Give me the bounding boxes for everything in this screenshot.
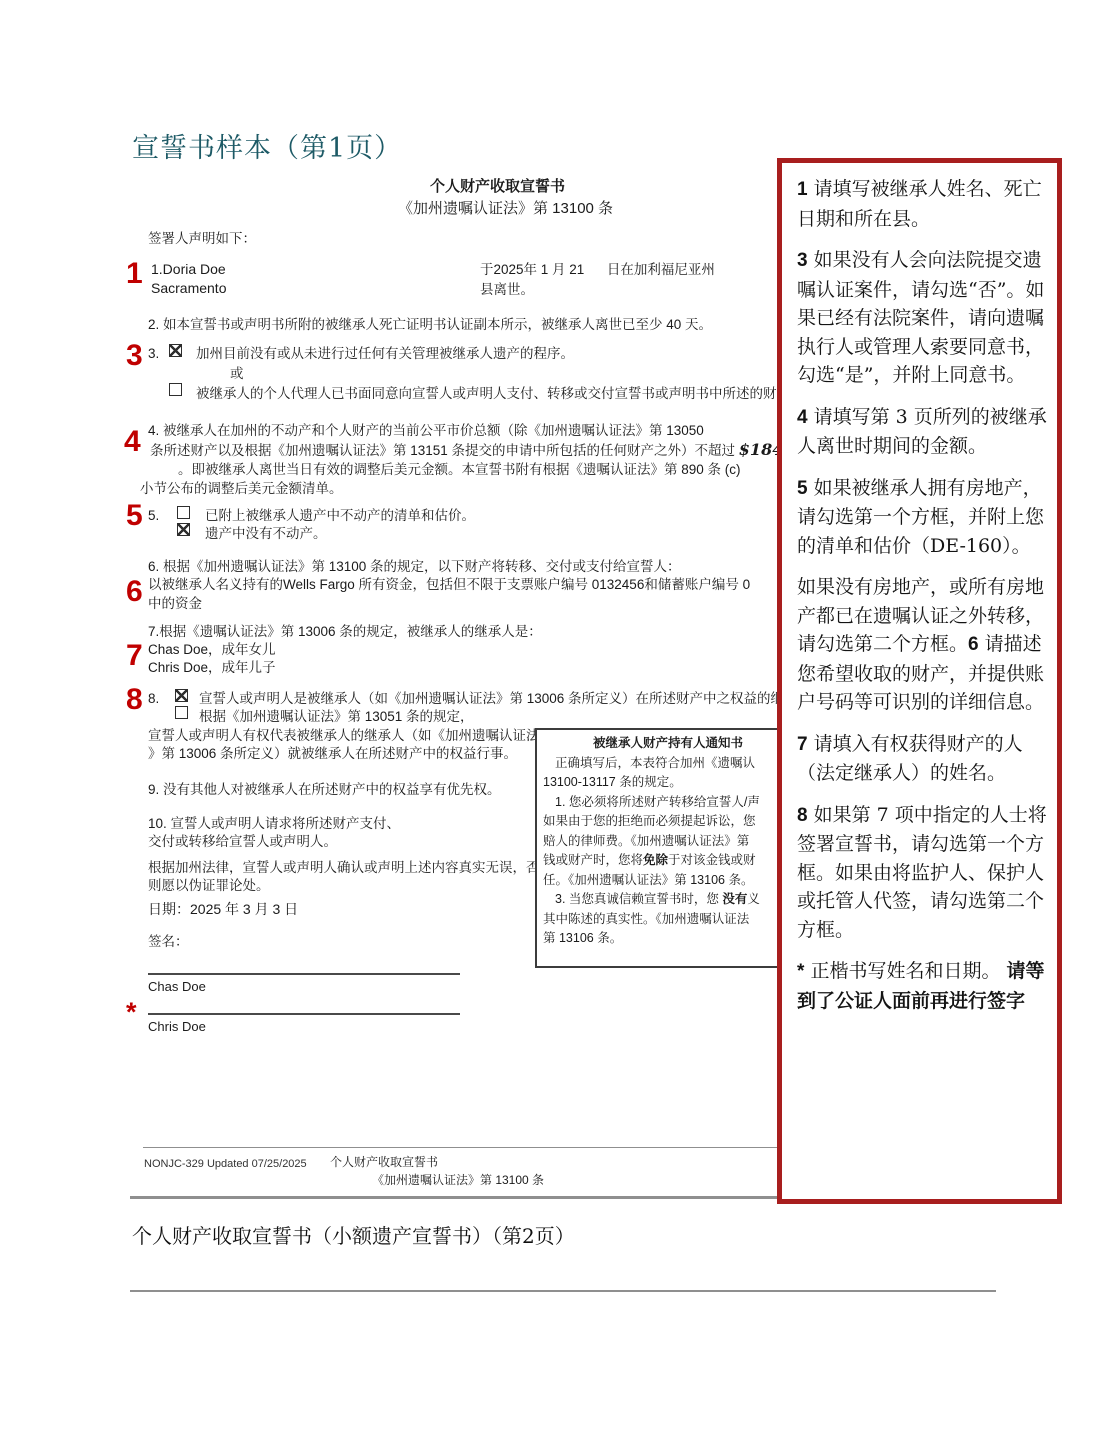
notice-line: 赔人的律师费。《加州遗嘱认证法》第 <box>543 832 783 852</box>
signature-line-2 <box>148 1013 460 1015</box>
item3-or: 或 <box>230 366 244 382</box>
signer-2-name: Chris Doe <box>148 1019 206 1035</box>
item8-line4: 》第 13006 条所定义）就被继承人在所述财产中的权益行事。 <box>148 746 517 762</box>
item3-option1: 加州目前没有或从未进行过任何有关管理被继承人遗产的程序。 <box>196 346 574 362</box>
death-date-line: 于2025年 1 月 21 日在加利福尼亚州 <box>480 262 715 278</box>
notice-line: 3. 当您真诚信赖宣誓书时，您 没有义 <box>543 890 783 910</box>
checkbox-successor-checked <box>175 689 188 702</box>
sidebar-note-8: 8 如果第 7 项中指定的人士将签署宣誓书，请勾选第一个方框。如果由将监护人、保… <box>797 801 1047 945</box>
notice-line: 其中陈述的真实性。《加州遗嘱认证法 <box>543 910 783 930</box>
item2-text: 2. 如本宣誓书或声明书所附的被继承人死亡证明书认证副本所示，被继承人离世已至少… <box>148 317 712 333</box>
item5-number: 5. <box>148 508 159 524</box>
item4-line3: 。即被继承人离世当日有效的调整后美元金额。本宣誓书附有根据《遗嘱认证法》第 89… <box>178 462 741 478</box>
item9-text: 9. 没有其他人对被继承人在所述财产中的权益享有优先权。 <box>148 782 501 798</box>
footer-form-subtitle: 《加州遗嘱认证法》第 13100 条 <box>372 1172 544 1188</box>
step-marker-asterisk: * <box>126 999 137 1026</box>
step-marker-5: 5 <box>126 501 143 531</box>
decedent-county: Sacramento <box>151 280 226 296</box>
property-holder-notice-box: 被继承人财产持有人通知书 正确填写后，本表符合加州《遗嘱认 13100-1311… <box>535 728 791 968</box>
notice-line: 第 13106 条。 <box>543 929 783 949</box>
form-header-title: 个人财产收取宣誓书 <box>430 179 565 195</box>
perjury-line2: 则愿以伪证罪论处。 <box>148 878 270 894</box>
heir-1: Chas Doe，成年女儿 <box>148 642 276 658</box>
footer-rule <box>143 1147 806 1148</box>
item6-line1: 6. 根据《加州遗嘱认证法》第 13100 条的规定，以下财产将转移、交付或支付… <box>148 559 681 575</box>
sidebar-note-5: 5 如果被继承人拥有房地产，请勾选第一个方框，并附上您的清单和估价（DE-160… <box>797 474 1047 561</box>
step-marker-8: 8 <box>126 685 143 715</box>
notice-title: 被继承人财产持有人通知书 <box>543 734 783 754</box>
sidebar-note-asterisk: * 正楷书写姓名和日期。 请等到了公证人面前再进行签字 <box>797 957 1047 1016</box>
form-header-subtitle: 《加州遗嘱认证法》第 13100 条 <box>398 201 613 217</box>
instruction-sidebar: 1 请填写被继承人姓名、死亡日期和所在县。 3 如果没有人会向法院提交遗嘱认证案… <box>777 158 1062 1204</box>
item6-line3: 中的资金 <box>148 596 202 612</box>
notice-line: 13100-13117 条的规定。 <box>543 773 783 793</box>
signature-label: 签名： <box>148 934 189 950</box>
item10-line1: 10. 宣誓人或声明人请求将所述财产支付、 <box>148 816 400 832</box>
item7-line1: 7.根据《遗嘱认证法》第 13006 条的规定，被继承人的继承人是： <box>148 624 542 640</box>
notice-line: 任。《加州遗嘱认证法》第 13106 条。 <box>543 871 783 891</box>
item5-option1: 已附上被继承人遗产中不动产的清单和估价。 <box>205 508 475 524</box>
checkbox-no-probate-checked <box>169 344 182 357</box>
sidebar-note-3: 3 如果没有人会向法院提交遗嘱认证案件，请勾选“否”。如果已经有法院案件，请向遗… <box>797 246 1047 390</box>
checkbox-no-real-property-checked <box>177 523 190 536</box>
notice-line: 1. 您必须将所述财产转移给宣誓人/声 <box>543 793 783 813</box>
heir-2: Chris Doe，成年儿子 <box>148 660 276 676</box>
footer-form-title: 个人财产收取宣誓书 <box>330 1154 438 1170</box>
notice-line: 如果由于您的拒绝而必须提起诉讼，您 <box>543 812 783 832</box>
item4-line1: 4. 被继承人在加州的不动产和个人财产的当前公平市价总额（除《加州遗嘱认证法》第… <box>148 423 704 439</box>
step-marker-4: 4 <box>124 427 141 457</box>
sidebar-note-4: 4 请填写第 3 页所列的被继承人离世时期间的金额。 <box>797 403 1047 461</box>
item8-option2: 根据《加州遗嘱认证法》第 13051 条的规定， <box>199 709 474 725</box>
date-line: 日期：2025 年 3 月 3 日 <box>148 901 298 917</box>
item4-line4: 小节公布的调整后美元金额清单。 <box>140 481 343 497</box>
checkbox-personal-representative <box>169 383 182 396</box>
item6-line2: 以被继承人名义持有的Wells Fargo 所有资金，包括但不限于支票账户编号 … <box>148 577 750 593</box>
item3-option2: 被继承人的个人代理人已书面同意向宣誓人或声明人支付、转移或交付宣誓书或声明书中所… <box>196 386 804 402</box>
document-page: 宣誓书样本（第1页） 个人财产收取宣誓书 《加州遗嘱认证法》第 13100 条 … <box>0 0 1112 1439</box>
perjury-line1: 根据加州法律，宣誓人或声明人确认或声明上述内容真实无误，否 <box>148 860 540 876</box>
step-marker-7: 7 <box>126 641 143 671</box>
step-marker-3: 3 <box>126 341 143 371</box>
decedent-name: 1.Doria Doe <box>151 261 226 277</box>
checkbox-real-property-inventory <box>177 506 190 519</box>
death-county-line: 县离世。 <box>480 282 534 298</box>
sidebar-note-7: 7 请填入有权获得财产的人（法定继承人）的姓名。 <box>797 730 1047 788</box>
page-title: 宣誓书样本（第1页） <box>132 126 402 165</box>
item4-line2: 条所述财产以及根据《加州遗嘱认证法》第 13151 条提交的申请中所包括的任何财… <box>150 442 822 459</box>
item3-number: 3. <box>148 346 159 362</box>
form-number: NONJC-329 Updated 07/25/2025 <box>144 1156 307 1172</box>
notice-line: 正确填写后，本表符合加州《遗嘱认 <box>543 754 783 774</box>
sidebar-note-6: 如果没有房地产，或所有房地产都已在遗嘱认证之外转移，请勾选第二个方框。6 请描述… <box>797 573 1047 717</box>
item10-line2: 交付或转移给宣誓人或声明人。 <box>148 834 337 850</box>
step-marker-1: 1 <box>126 259 143 289</box>
signature-line-1 <box>148 973 460 975</box>
notice-line: 钱或财产时，您将免除于对该金钱或财 <box>543 851 783 871</box>
signer-1-name: Chas Doe <box>148 979 206 995</box>
item8-line3: 宣誓人或声明人有权代表被继承人的继承人（如《加州遗嘱认证法 <box>148 728 540 744</box>
item8-number: 8. <box>148 691 159 707</box>
item8-option1: 宣誓人或声明人是被继承人（如《加州遗嘱认证法》第 13006 条所定义）在所述财… <box>199 691 811 707</box>
next-page-caption: 个人财产收取宣誓书（小额遗产宣誓书）（第2页） <box>132 1220 575 1249</box>
sidebar-note-1: 1 请填写被继承人姓名、死亡日期和所在县。 <box>797 175 1047 233</box>
item5-option2: 遗产中没有不动产。 <box>205 526 327 542</box>
checkbox-authorized-agent <box>175 706 188 719</box>
step-marker-6: 6 <box>126 577 143 607</box>
section-divider-rule <box>130 1290 996 1292</box>
document-bottom-rule <box>130 1196 806 1199</box>
declarant-line: 签署人声明如下： <box>148 231 256 247</box>
